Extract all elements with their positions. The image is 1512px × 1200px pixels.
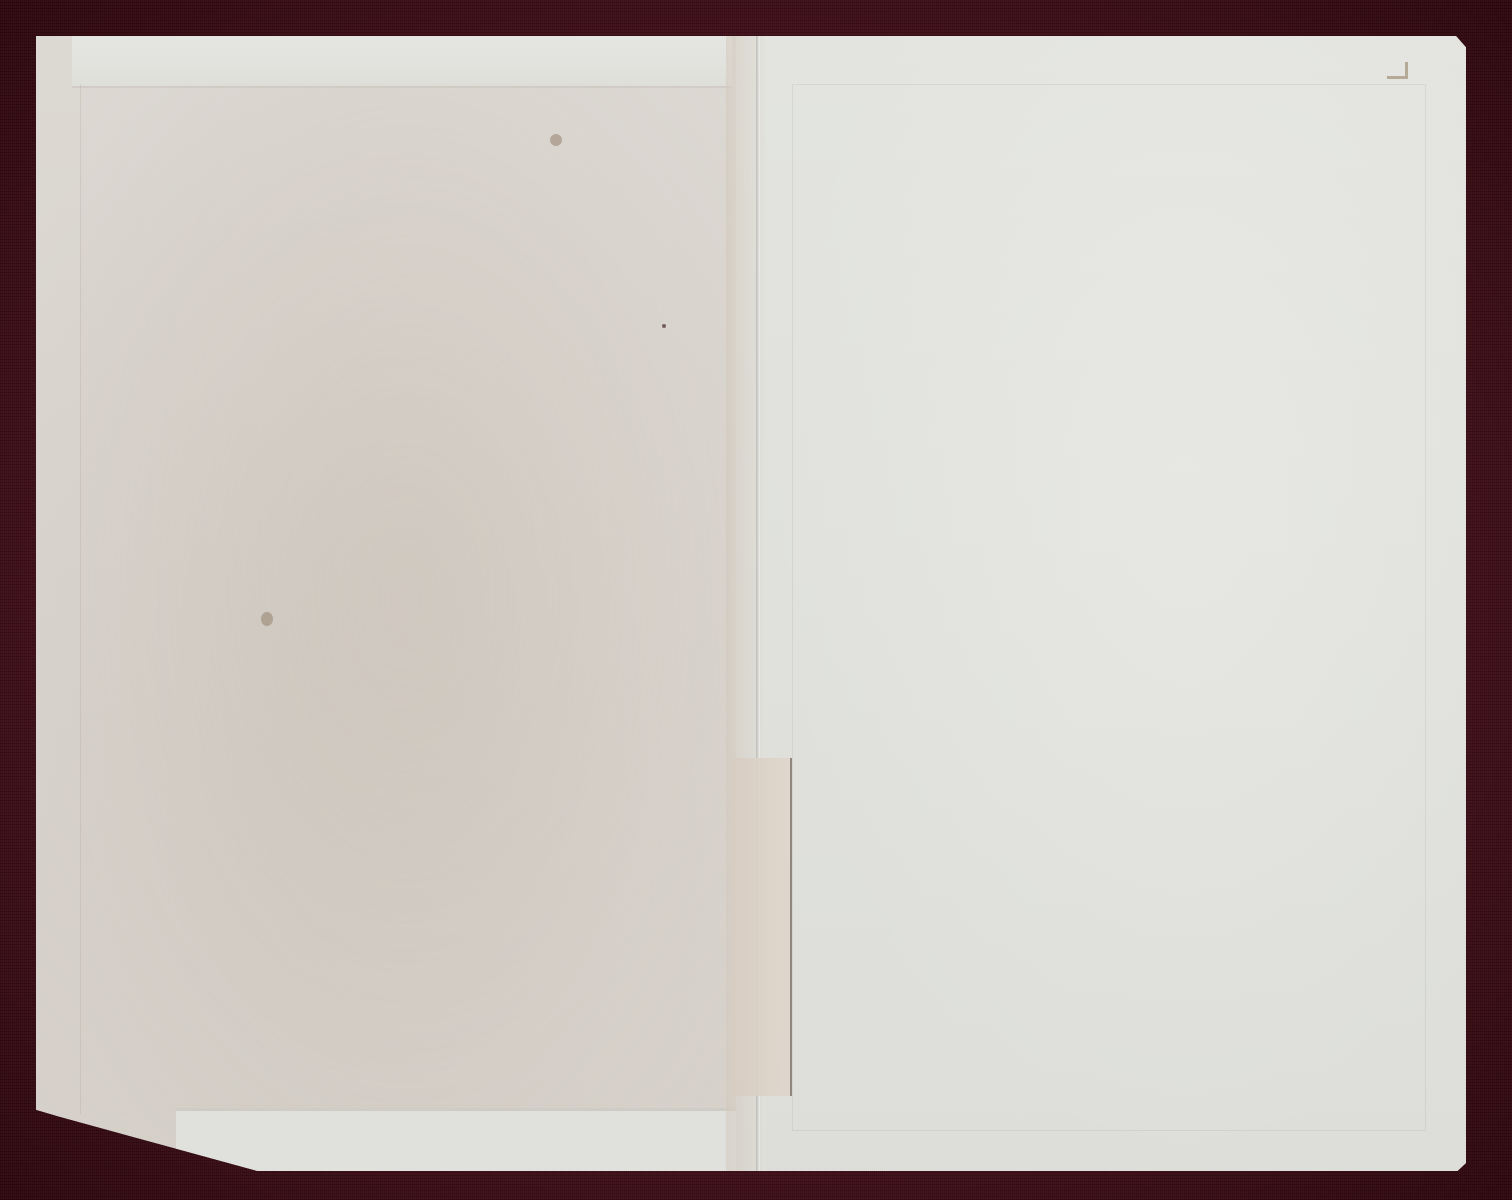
left-leaf — [36, 36, 736, 1171]
foxing-spot — [550, 134, 562, 146]
left-bottom-margin-band — [176, 1108, 736, 1171]
pencil-corner-mark — [1387, 62, 1408, 79]
left-top-margin-band — [72, 36, 732, 88]
right-leaf — [762, 36, 1466, 1171]
paper-sheet — [36, 36, 1466, 1171]
plate-mark-stain — [80, 84, 731, 1114]
plate-mark-outline — [792, 84, 1426, 1131]
foxing-spot — [261, 612, 273, 626]
foxing-spot — [662, 324, 666, 328]
repair-tape-strip — [732, 758, 792, 1096]
